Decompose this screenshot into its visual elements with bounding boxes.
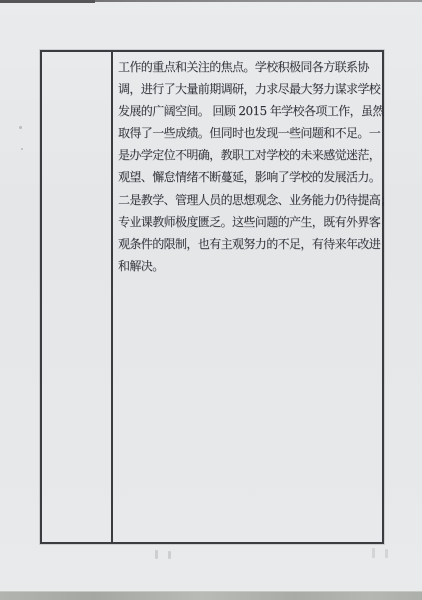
text-line: 取得了一些成绩。但同时也发现一些问题和不足。一 <box>118 122 392 144</box>
scan-smudge <box>168 551 171 559</box>
text-line: 观望、懈怠情绪不断蔓延，影响了学校的发展活力。 <box>118 166 392 188</box>
text-line: 二是教学、管理人员的思想观念、业务能力仍待提高； <box>118 189 392 211</box>
scan-smudge <box>155 550 158 559</box>
scan-smudge <box>372 548 375 558</box>
document-table: 工作的重点和关注的焦点。学校积极同各方联系协 调，进行了大量前期调研，力求尽最大… <box>40 50 384 544</box>
scan-top-edge-shadow <box>0 0 95 3</box>
scan-speck <box>19 126 22 129</box>
scanned-page: 工作的重点和关注的焦点。学校积极同各方联系协 调，进行了大量前期调研，力求尽最大… <box>0 0 422 600</box>
text-line: 和解决。 <box>118 255 392 277</box>
scan-bottom-strip <box>0 591 422 600</box>
text-line: 专业课教师极度匮乏。这些问题的产生，既有外界客 <box>118 211 392 233</box>
scan-smudge <box>385 549 388 558</box>
text-line: 工作的重点和关注的焦点。学校积极同各方联系协 <box>118 56 392 78</box>
text-line: 观条件的限制，也有主观努力的不足，有待来年改进 <box>118 233 392 255</box>
text-line: 是办学定位不明确，教职工对学校的未来感觉迷茫， <box>118 144 392 166</box>
table-cell-left <box>42 52 113 542</box>
text-line: 发展的广阔空间。 回顾 2015 年学校各项工作，虽然 <box>118 100 392 122</box>
scan-speck <box>21 148 23 150</box>
text-line: 调，进行了大量前期调研，力求尽最大努力谋求学校 <box>118 78 392 100</box>
table-cell-right: 工作的重点和关注的焦点。学校积极同各方联系协 调，进行了大量前期调研，力求尽最大… <box>113 52 396 542</box>
